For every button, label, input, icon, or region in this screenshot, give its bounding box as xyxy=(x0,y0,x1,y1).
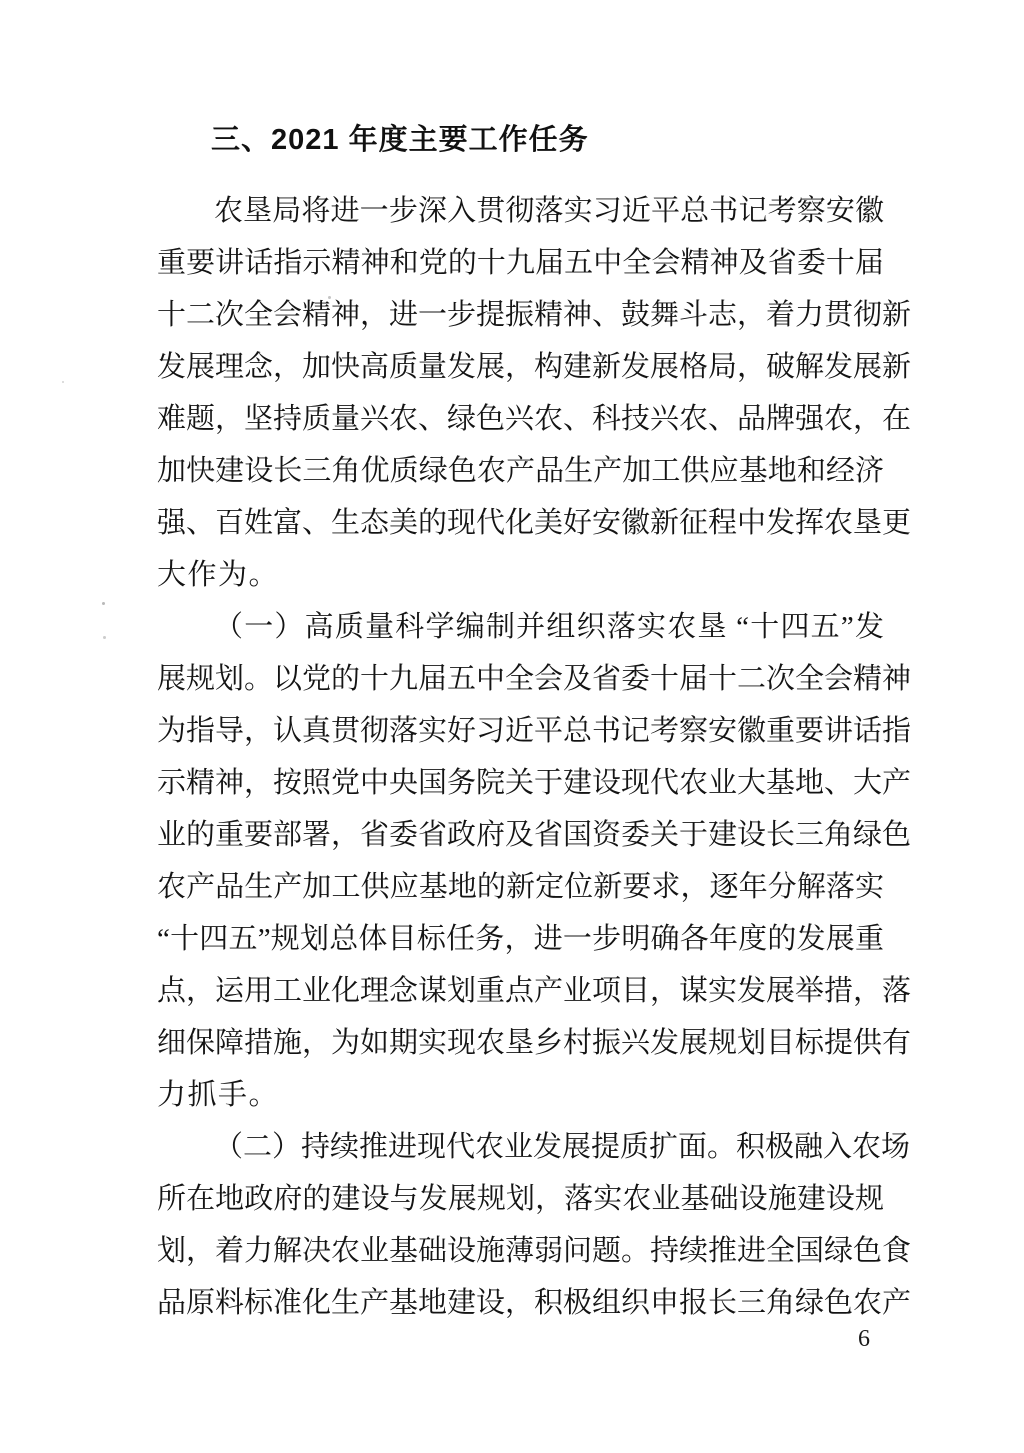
text-line: 农垦局将进一步深入贯彻落实习近平总书记考察安徽 xyxy=(214,185,884,237)
scan-speckle xyxy=(102,602,105,605)
page-number: 6 xyxy=(858,1326,870,1353)
text-line: 所在地政府的建设与发展规划，落实农业基础设施建设规 xyxy=(157,1173,884,1225)
text-line: 十二次全会精神，进一步提振精神、鼓舞斗志，着力贯彻新 xyxy=(157,289,884,341)
text-line: 业的重要部署，省委省政府及省国资委关于建设长三角绿色 xyxy=(157,809,884,861)
text-line: 点，运用工业化理念谋划重点产业项目，谋实发展举措，落 xyxy=(157,965,884,1017)
text-line: 划，着力解决农业基础设施薄弱问题。持续推进全国绿色食 xyxy=(157,1225,884,1277)
text-line: 重要讲话指示精神和党的十九届五中全会精神及省委十届 xyxy=(157,237,884,289)
document-body: 农垦局将进一步深入贯彻落实习近平总书记考察安徽 重要讲话指示精神和党的十九届五中… xyxy=(157,185,884,1329)
text-line: 强、百姓富、生态美的现代化美好安徽新征程中发挥农垦更 xyxy=(157,497,884,549)
text-line: 难题，坚持质量兴农、绿色兴农、科技兴农、品牌强农，在 xyxy=(157,393,884,445)
document-page: 三、2021 年度主要工作任务 农垦局将进一步深入贯彻落实习近平总书记考察安徽 … xyxy=(0,0,1024,1453)
scan-speckle xyxy=(103,636,106,639)
section-heading: 三、2021 年度主要工作任务 xyxy=(211,120,589,160)
text-line: 发展理念，加快高质量发展，构建新发展格局，破解发展新 xyxy=(157,341,884,393)
text-line: 品原料标准化生产基地建设，积极组织申报长三角绿色农产 xyxy=(157,1277,884,1329)
text-line: “十四五”规划总体目标任务，进一步明确各年度的发展重 xyxy=(157,913,884,965)
scan-speckle xyxy=(62,381,64,383)
text-line: （二）持续推进现代农业发展提质扩面。积极融入农场 xyxy=(214,1121,884,1173)
text-line: 为指导，认真贯彻落实好习近平总书记考察安徽重要讲话指 xyxy=(157,705,884,757)
text-line: （一）高质量科学编制并组织落实农垦 “十四五”发 xyxy=(214,601,884,653)
text-line: 力抓手。 xyxy=(157,1069,884,1121)
text-line: 加快建设长三角优质绿色农产品生产加工供应基地和经济 xyxy=(157,445,884,497)
scan-speckle xyxy=(328,296,331,299)
text-line: 农产品生产加工供应基地的新定位新要求，逐年分解落实 xyxy=(157,861,884,913)
text-line: 展规划。以党的十九届五中全会及省委十届十二次全会精神 xyxy=(157,653,884,705)
text-line: 大作为。 xyxy=(157,549,884,601)
text-line: 细保障措施，为如期实现农垦乡村振兴发展规划目标提供有 xyxy=(157,1017,884,1069)
text-line: 示精神，按照党中央国务院关于建设现代农业大基地、大产 xyxy=(157,757,884,809)
